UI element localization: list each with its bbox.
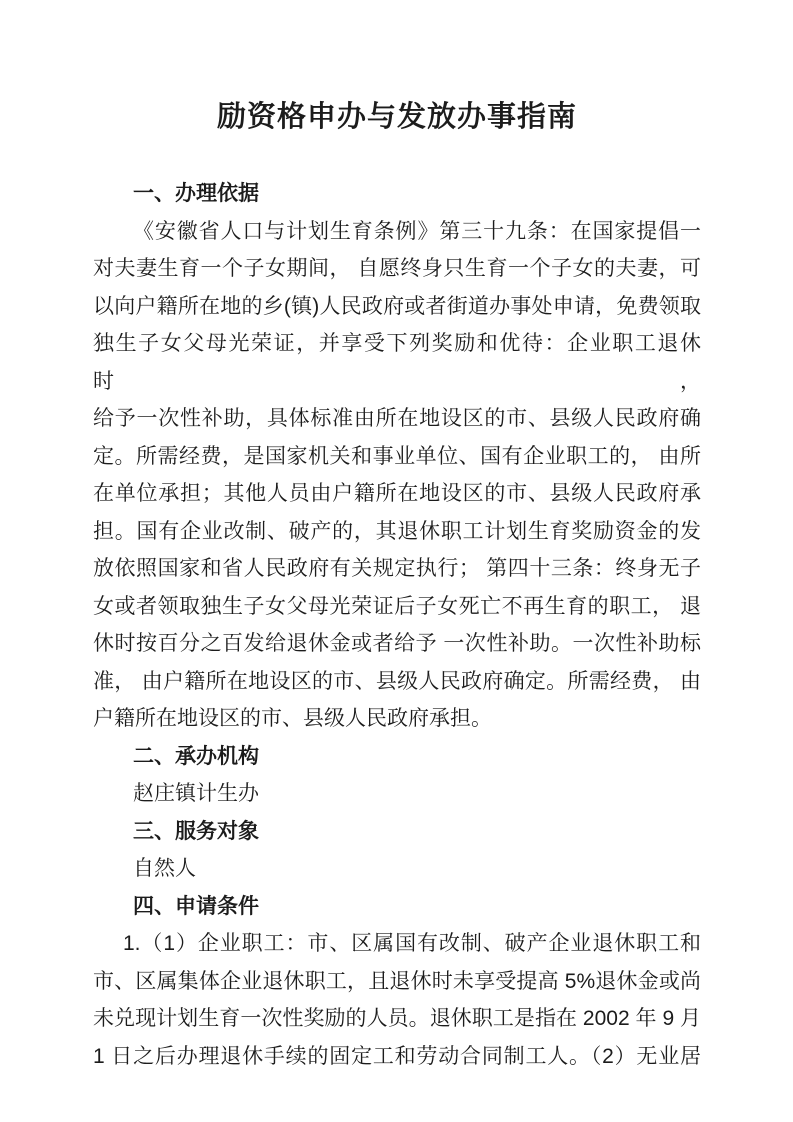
text-line: 1.（1）企业职工：市、区属国有改制、破产企业退休职工和 (93, 925, 701, 963)
text-line: 未兑现计划生育一次性奖励的人员。退休职工是指在 2002 年 9 月 (93, 1000, 701, 1038)
text-line: 给予一次性补助，具体标准由所在地设区的市、县级人民政府确 (93, 400, 701, 438)
text-line: 市、区属集体企业退休职工，且退休时未享受提高 5%退休金或尚 (93, 963, 701, 1001)
section-heading-basis: 一、办理依据 (93, 175, 701, 213)
section-heading-audience: 三、服务对象 (93, 813, 701, 851)
document-body: 一、办理依据 《安徽省人口与计划生育条例》第三十九条：在国家提倡一 对夫妻生育一… (93, 175, 701, 1075)
text-line: 独生子女父母光荣证，并享受下列奖励和优待：企业职工退休时， (93, 325, 701, 400)
document-title: 励资格申办与发放办事指南 (93, 97, 701, 137)
text-line: 定。所需经费，是国家机关和事业单位、国有企业职工的， 由所 (93, 438, 701, 476)
text-line: 自然人 (93, 850, 701, 888)
text-line: 女或者领取独生子女父母光荣证后子女死亡不再生育的职工， 退 (93, 588, 701, 626)
text-line: 以向户籍所在地的乡(镇)人民政府或者街道办事处申请，免费领取 (93, 288, 701, 326)
text-line: 在单位承担；其他人员由户籍所在地设区的市、县级人民政府承 (93, 475, 701, 513)
section-heading-agency: 二、承办机构 (93, 738, 701, 776)
text-line: 1 日之后办理退休手续的固定工和劳动合同制工人。（2）无业居 (93, 1038, 701, 1076)
text-line: 对夫妻生育一个子女期间， 自愿终身只生育一个子女的夫妻，可 (93, 250, 701, 288)
text-line: 放依照国家和省人民政府有关规定执行； 第四十三条：终身无子 (93, 550, 701, 588)
text-line: 赵庄镇计生办 (93, 775, 701, 813)
text-line: 户籍所在地设区的市、县级人民政府承担。 (93, 700, 701, 738)
text-line: 休时按百分之百发给退休金或者给予 一次性补助。一次性补助标 (93, 625, 701, 663)
text-line: 担。国有企业改制、破产的，其退休职工计划生育奖励资金的发 (93, 513, 701, 551)
document-page: 励资格申办与发放办事指南 一、办理依据 《安徽省人口与计划生育条例》第三十九条：… (0, 0, 793, 1122)
text-line: 准， 由户籍所在地设区的市、县级人民政府确定。所需经费， 由 (93, 663, 701, 701)
text-line: 《安徽省人口与计划生育条例》第三十九条：在国家提倡一 (93, 213, 701, 251)
section-heading-conditions: 四、申请条件 (93, 888, 701, 926)
